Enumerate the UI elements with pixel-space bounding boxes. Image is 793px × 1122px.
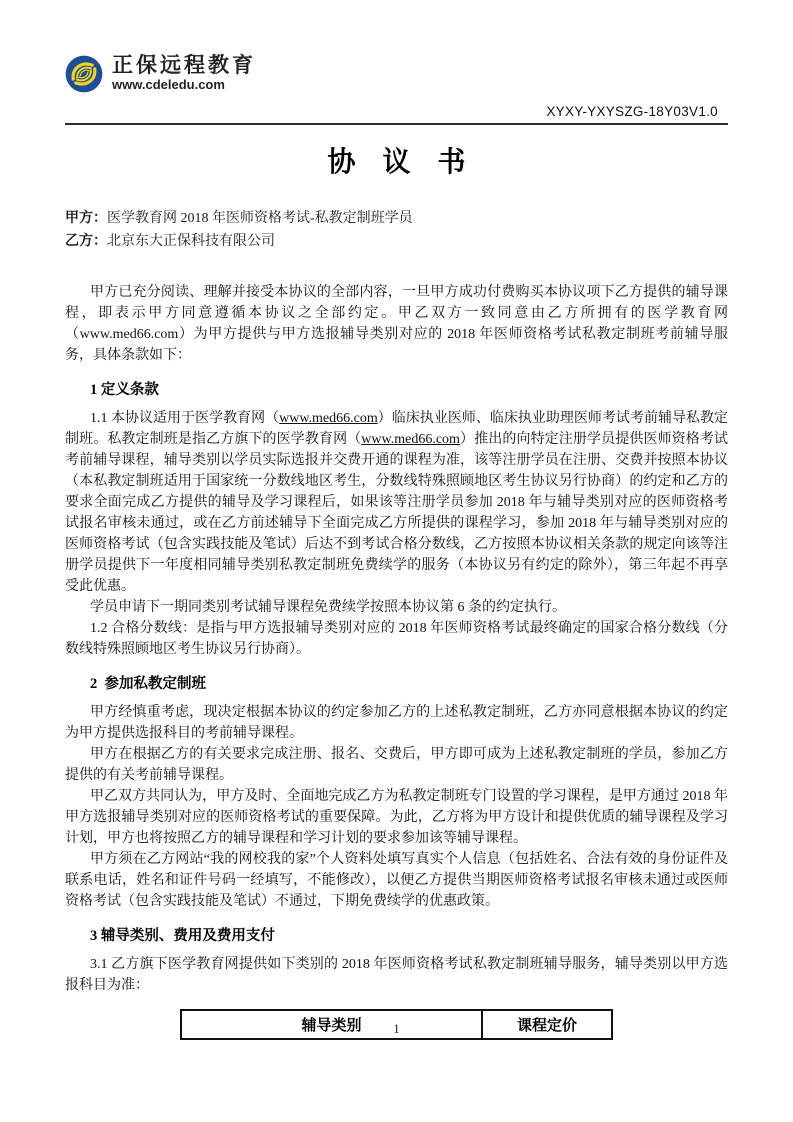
party-a-label: 甲方： bbox=[65, 211, 107, 226]
brand-text-block: 正保远程教育 www.cdeledu.com bbox=[112, 54, 256, 93]
party-b-value: 北京东大正保科技有限公司 bbox=[107, 234, 275, 249]
section-2-paragraph-3: 甲乙双方共同认为，甲方及时、全面地完成乙方为私教定制班专门设置的学习课程，是甲方… bbox=[65, 786, 728, 849]
section-2-paragraph-1: 甲方经慎重考虑，现决定根据本协议的约定参加乙方的上述私教定制班，乙方亦同意根据本… bbox=[65, 702, 728, 744]
brand-website: www.cdeledu.com bbox=[112, 77, 256, 93]
section-1-renewal-paragraph: 学员申请下一期同类别考试辅导课程免费续学按照本协议第 6 条的约定执行。 bbox=[65, 597, 728, 618]
med66-link[interactable]: www.med66.com bbox=[279, 411, 378, 426]
med66-link[interactable]: www.med66.com bbox=[361, 432, 460, 447]
page-number: 1 bbox=[0, 1022, 793, 1037]
page-header: 正保远程教育 www.cdeledu.com XYXY-YXYSZG-18Y03… bbox=[65, 54, 728, 125]
party-a-row: 甲方：医学教育网 2018 年医师资格考试-私教定制班学员 bbox=[65, 207, 728, 230]
clause-1-1-text-pre: 1.1 本协议适用于医学教育网（ bbox=[90, 411, 279, 426]
section-1-1-paragraph: 1.1 本协议适用于医学教育网（www.med66.com）临床执业医师、临床执… bbox=[65, 408, 728, 597]
clause-1-1-text-post: ）推出的向特定注册学员提供医师资格考试考前辅导课程，辅导类别以学员实际选报并交费… bbox=[65, 432, 728, 594]
party-a-value: 医学教育网 2018 年医师资格考试-私教定制班学员 bbox=[107, 211, 413, 226]
section-2-heading: 2 参加私教定制班 bbox=[65, 672, 728, 693]
party-b-label: 乙方： bbox=[65, 234, 107, 249]
section-1-2-paragraph: 1.2 合格分数线：是指与甲方选报辅导类别对应的 2018 年医师资格考试最终确… bbox=[65, 618, 728, 660]
section-2-paragraph-4: 甲方须在乙方网站“我的网校我的家”个人资料处填写真实个人信息（包括姓名、合法有效… bbox=[65, 849, 728, 912]
section-3-1-paragraph: 3.1 乙方旗下医学教育网提供如下类别的 2018 年医师资格考试私教定制班辅导… bbox=[65, 954, 728, 996]
party-b-row: 乙方：北京东大正保科技有限公司 bbox=[65, 230, 728, 253]
document-title: 协 议 书 bbox=[65, 140, 728, 180]
intro-paragraph: 甲方已充分阅读、理解并接受本协议的全部内容，一旦甲方成功付费购买本协议项下乙方提… bbox=[65, 282, 728, 366]
company-logo: 正保远程教育 www.cdeledu.com bbox=[65, 54, 728, 93]
section-3-heading: 3 辅导类别、费用及费用支付 bbox=[65, 924, 728, 945]
cdeledu-logo-icon bbox=[65, 55, 103, 93]
section-2-paragraph-2: 甲方在根据乙方的有关要求完成注册、报名、交费后，甲方即可成为上述私教定制班的学员… bbox=[65, 744, 728, 786]
document-code: XYXY-YXYSZG-18Y03V1.0 bbox=[546, 104, 718, 119]
document-page: 正保远程教育 www.cdeledu.com XYXY-YXYSZG-18Y03… bbox=[0, 0, 793, 1122]
section-1-heading: 1 定义条款 bbox=[65, 378, 728, 399]
brand-name: 正保远程教育 bbox=[112, 54, 256, 77]
parties-block: 甲方：医学教育网 2018 年医师资格考试-私教定制班学员 乙方：北京东大正保科… bbox=[65, 207, 728, 253]
